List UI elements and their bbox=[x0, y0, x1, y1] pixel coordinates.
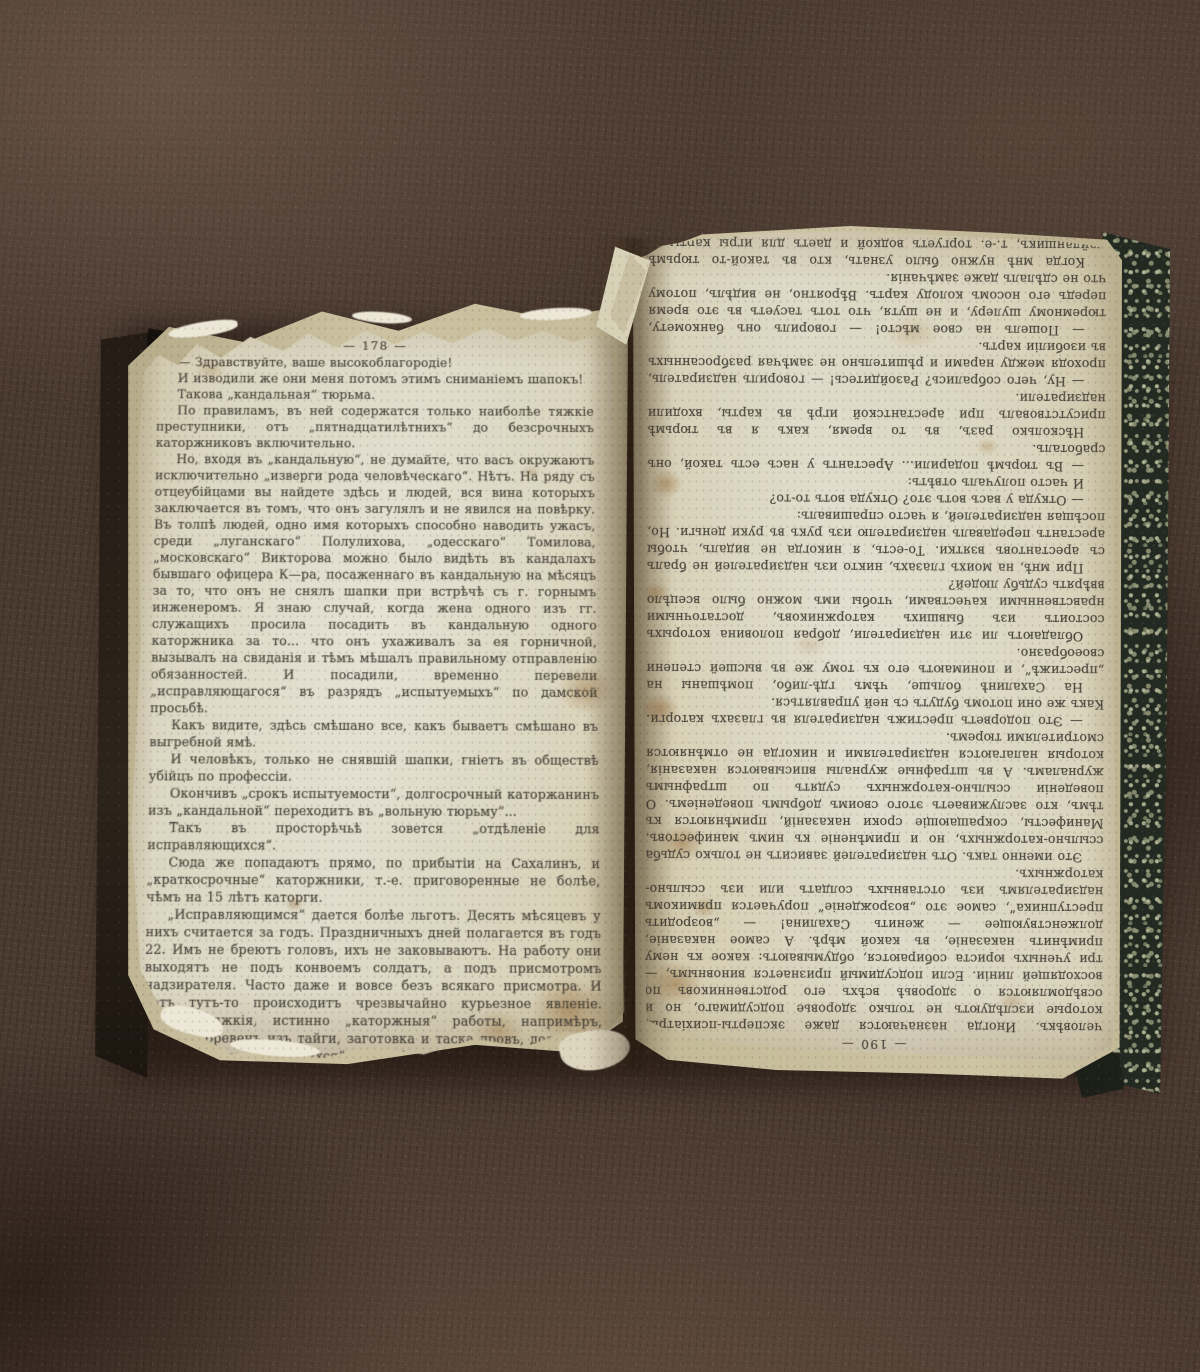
paragraph: Это именно такъ. Отъ надзирателей зависи… bbox=[645, 728, 1104, 866]
paragraph: И человѣкъ, только не снявшій шапки, гні… bbox=[149, 750, 599, 786]
paragraph: Когда мнѣ нужно было узнать, кто въ тако… bbox=[648, 218, 1106, 271]
right-page: — 190 — человѣкъ. Иногда назначаются даж… bbox=[633, 229, 1120, 1076]
paragraph: — Въ тюрьмѣ подарили... Арестантъ у насъ… bbox=[647, 439, 1105, 475]
paragraph: Окончивъ „срокъ испытуемости“, долгосроч… bbox=[148, 784, 600, 820]
paragraph: По правиламъ, въ ней содержатся только н… bbox=[156, 402, 595, 452]
paragraph: Какъ видите, здѣсь смѣшано все, какъ быв… bbox=[149, 716, 598, 752]
paragraph: Такова „кандальная“ тюрьма. bbox=[157, 386, 594, 404]
paragraph: И изводили же они меня потомъ этимъ сним… bbox=[157, 370, 594, 388]
paragraph: Нѣсколько разъ, въ то время, какъ я въ т… bbox=[648, 388, 1106, 441]
paragraph: На Сахалинѣ больше, чѣмъ гдѣ-либо, помѣш… bbox=[646, 643, 1104, 696]
left-page: — 178 — — Здравствуйте, ваше высокоблаго… bbox=[118, 315, 627, 1067]
paragraph: Но, входя въ „кандальную“, не думайте, ч… bbox=[150, 451, 598, 718]
paragraph: человѣкъ. Иногда назначаются даже экспер… bbox=[644, 864, 1103, 1036]
paragraph: Обладаютъ ли эти надзиратели, добрая пол… bbox=[646, 575, 1104, 645]
paragraph: Такъ въ просторѣчьѣ зовется „отдѣленіе д… bbox=[147, 819, 600, 855]
paragraph: При мнѣ, на моихъ глазахъ, никто изъ над… bbox=[647, 507, 1105, 577]
paragraph: — Ну, чего собрались? Разойдитесь! — гов… bbox=[648, 337, 1106, 390]
paragraph: — Пошелъ на свое мѣсто! — говорилъ онъ б… bbox=[648, 269, 1106, 339]
paragraph: И часто получалъ отвѣтъ: bbox=[647, 473, 1105, 492]
paragraph: Сюда же попадаютъ прямо, по прибытіи на … bbox=[146, 853, 601, 907]
paragraph: — Это подорветъ престижъ надзирателя въ … bbox=[646, 694, 1104, 730]
right-page-text: — 190 — человѣкъ. Иногда назначаются даж… bbox=[644, 349, 1106, 1053]
paragraph: — Откуда у васъ вотъ это? Откуда вотъ то… bbox=[647, 490, 1105, 509]
